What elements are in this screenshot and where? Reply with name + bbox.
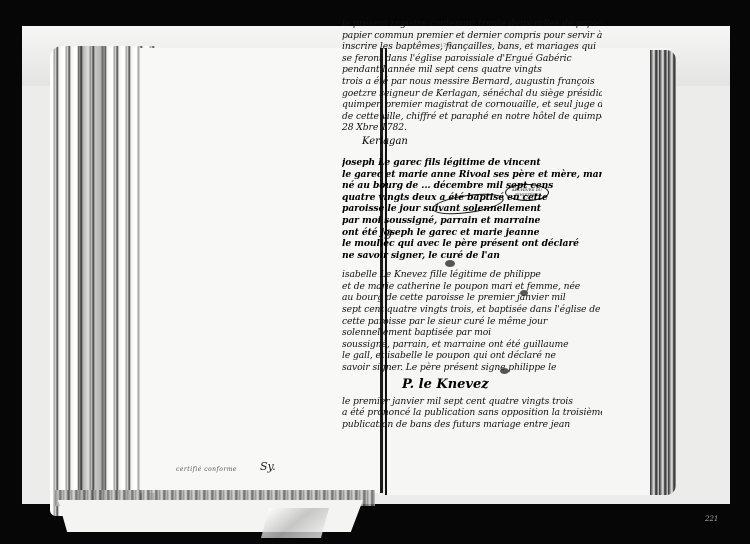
text-line: se feront dans l'église paroissiale d'Er… [342, 53, 602, 65]
text-line: isabelle Le Knevez fille légitime de phi… [342, 269, 602, 281]
ink-blot [520, 290, 528, 296]
text-line: cette paroisse par le sieur curé le même… [342, 316, 602, 328]
baptism-entry-1: joseph Le garec fils légitime de vincent… [342, 157, 602, 261]
text-line: 28 Xbre 1782. [342, 122, 602, 134]
preamble-signature: Kerlagan [362, 136, 602, 147]
text-line: soussigné, parrain, et marraine ont été … [342, 339, 602, 351]
text-line: le garec et marie anne Rivoal ses père e… [342, 169, 602, 181]
text-line: a été prononcé la publication sans oppos… [342, 407, 602, 419]
text-line: ont été joseph le garec et marie jeanne [342, 227, 602, 239]
ink-blot [500, 368, 509, 374]
text-line: né au bourg de ... décembre mil sept cen… [342, 180, 602, 192]
ink-blot [445, 260, 455, 267]
text-line: le moullec qui avec le père présent ont … [342, 238, 602, 250]
right-page-edges [650, 50, 676, 495]
left-margin-note: certifié conforme [176, 466, 237, 473]
text-line: et de marie catherine le poupon mari et … [342, 281, 602, 293]
text-line: de cette ville, chiffré et paraphé en no… [342, 111, 602, 123]
tape-repair [261, 508, 329, 538]
text-line: trois a été par nous messire Bernard, au… [342, 76, 602, 88]
text-line: par moi soussigné, parrain et marraine [342, 215, 602, 227]
text-line: quimper, premier magistrat de cornouaill… [342, 99, 602, 111]
text-line: savoir signer. Le père présent signe phi… [342, 362, 602, 374]
text-line: quatre vingts deux a été baptisé en cett… [342, 192, 602, 204]
text-line: solennellement baptisée par moi [342, 327, 602, 339]
left-signature: Sy. [260, 460, 276, 473]
entry-2-signature: P. le Knevez [402, 377, 602, 392]
text-line: inscrire les baptêmes, fiançailles, bans… [342, 41, 602, 53]
register-text: le présent registre contenant trente deu… [342, 18, 602, 430]
text-line: sept cent quatre vingts trois, et baptis… [342, 304, 602, 316]
text-line: le gall, et isabelle le poupon qui ont d… [342, 350, 602, 362]
corner-mark: 221 [705, 515, 718, 523]
text-line: au bourg de cette paroisse le premier ja… [342, 292, 602, 304]
text-line: joseph Le garec fils légitime de vincent [342, 157, 602, 169]
text-line: le présent registre contenant trente deu… [342, 18, 602, 30]
publication-entry-3: le premier janvier mil sept cent quatre … [342, 396, 602, 431]
text-line: le premier janvier mil sept cent quatre … [342, 396, 602, 408]
baptism-entry-2: isabelle Le Knevez fille légitime de phi… [342, 269, 602, 391]
preamble: le présent registre contenant trente deu… [342, 18, 602, 147]
text-line: publication de bans des futurs mariage e… [342, 419, 602, 431]
text-line: pendant l'année mil sept cens quatre vin… [342, 64, 602, 76]
text-line: goetzre seigneur de Kerlagan, sénéchal d… [342, 88, 602, 100]
text-line: papier commun premier et dernier compris… [342, 30, 602, 42]
text-line: ne savoir signer, le curé de l'an [342, 250, 602, 262]
text-line: paroisse le jour suivant solennellement [342, 203, 602, 215]
